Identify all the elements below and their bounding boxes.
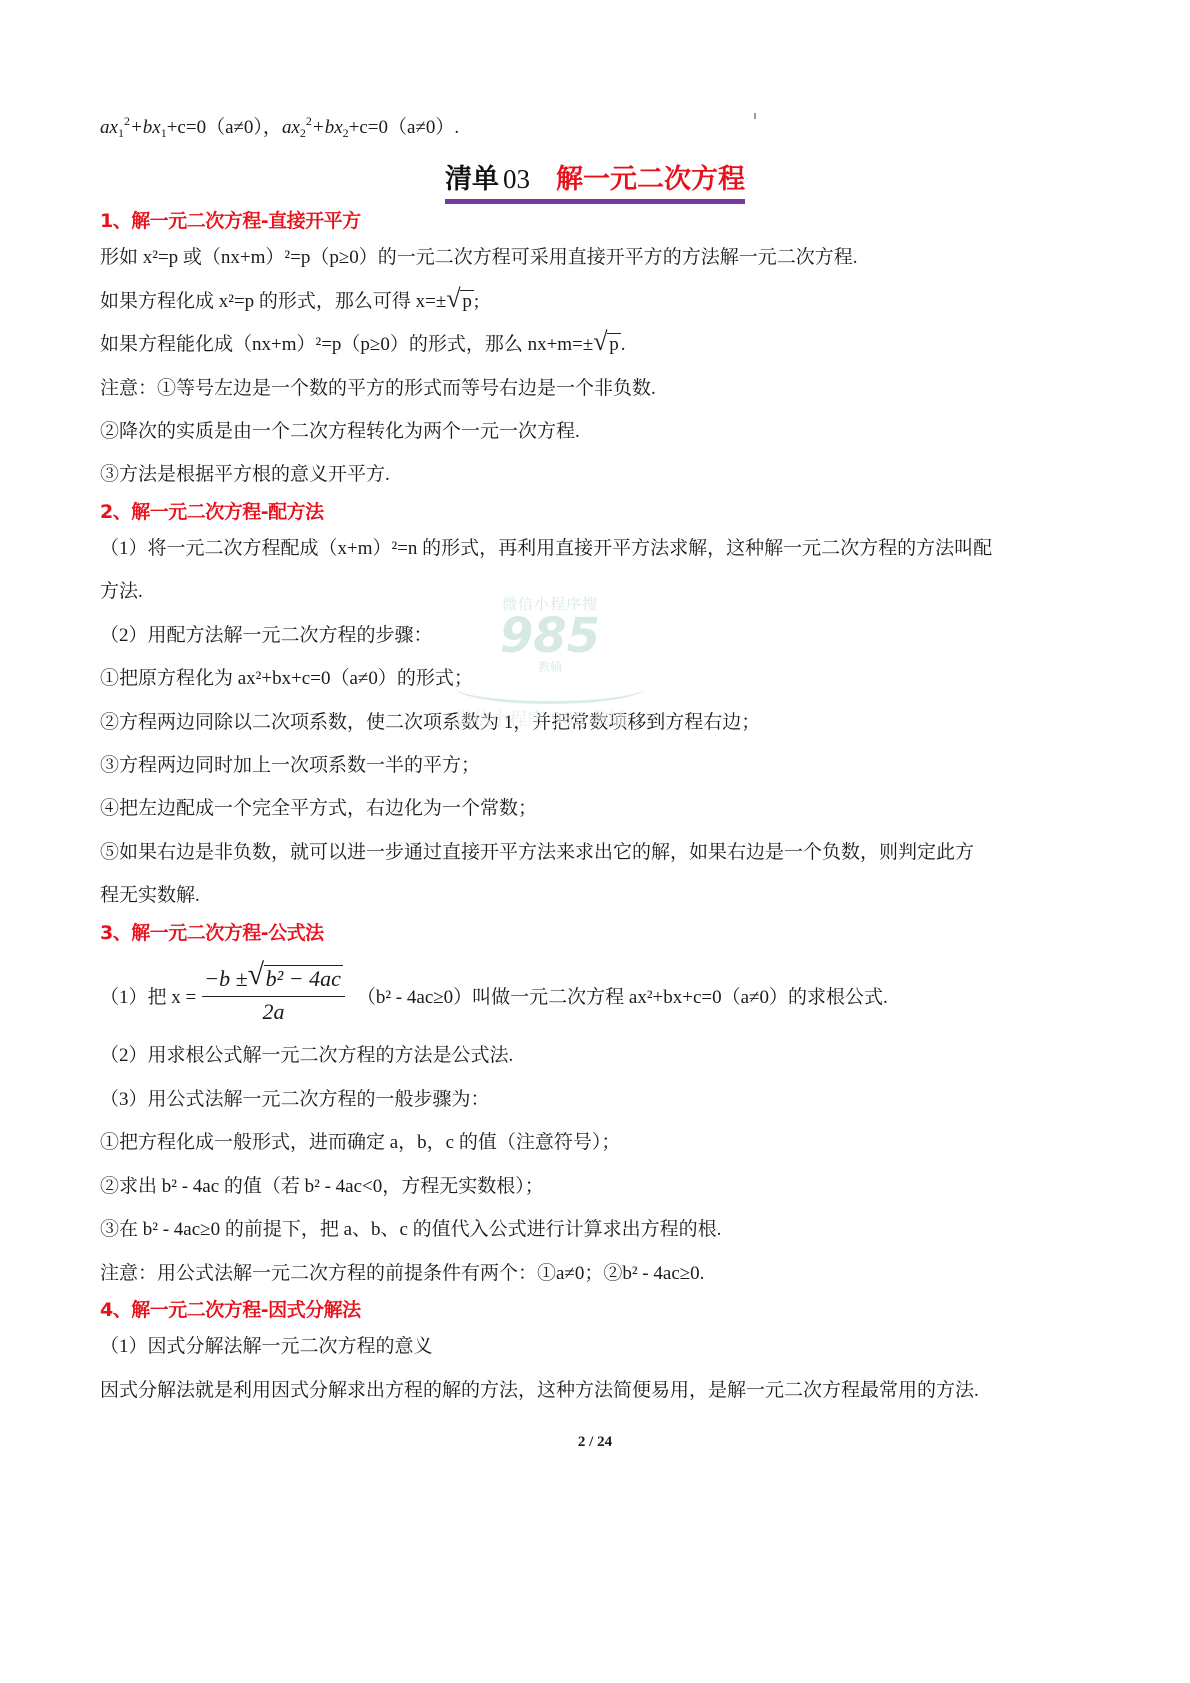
- eq2-text: ax: [282, 117, 300, 138]
- page-number: 2 / 24: [0, 1434, 1190, 1451]
- sqrt-p: √p: [593, 333, 621, 357]
- s4-paragraph-2: 因式分解法就是利用因式分解求出方程的解的方法，这种方法简便易用，是解一元二次方程…: [100, 1379, 979, 1403]
- radical-sign-icon: √: [248, 960, 264, 990]
- s1-p2-text: 如果方程化成 x²=p 的形式，那么可得 x=±: [100, 291, 446, 312]
- s1-note-2: ②降次的实质是由一个二次方程转化为两个一元一次方程.: [100, 420, 580, 444]
- open-book-icon: [455, 671, 645, 704]
- s3-paragraph-3: （3）用公式法解一元二次方程的一般步骤为：: [100, 1088, 490, 1112]
- title-underline: [445, 199, 745, 204]
- sqrt-arg: p: [460, 290, 474, 312]
- formula-denominator: 2a: [263, 997, 285, 1025]
- title-text: 解一元二次方程: [556, 164, 745, 195]
- s3-step-2: ②求出 b² - 4ac 的值（若 b² - 4ac<0，方程无实数根）；: [100, 1175, 544, 1199]
- radical-sign-icon: √: [593, 329, 607, 355]
- heading-factoring: 4、解一元二次方程-因式分解法: [100, 1298, 361, 1322]
- s2-step-4: ④把左边配成一个完全平方式，右边化为一个常数；: [100, 797, 537, 821]
- radical-sign-icon: √: [446, 286, 460, 312]
- s2-paragraph-1b: 方法.: [100, 580, 143, 604]
- discriminant-text: b² − 4ac: [264, 965, 343, 991]
- s1-paragraph-1: 形如 x²=p 或（nx+m）²=p（p≥0）的一元二次方程可采用直接开平方的方…: [100, 246, 858, 270]
- s2-paragraph-2: （2）用配方法解一元二次方程的步骤：: [100, 624, 433, 648]
- quadratic-formula-fraction: −b ± √b² − 4ac 2a: [202, 966, 345, 1025]
- eq1-tail: +c=0（a≠0），: [167, 117, 282, 138]
- sqrt-p: √p: [446, 290, 474, 314]
- eq1-mid: +bx: [130, 117, 161, 138]
- formula-numerator: −b ± √b² − 4ac: [202, 966, 345, 997]
- s2-paragraph-1a: （1）将一元二次方程配成（x+m）²=n 的形式，再利用直接开平方法求解，这种解…: [100, 537, 992, 561]
- watermark-number: 985: [445, 614, 655, 658]
- stray-mark: [754, 113, 756, 119]
- watermark: 微信小程序搜 985 教辅 微信小程序 985 教辅: [445, 593, 655, 723]
- s2-step-2: ②方程两边同除以二次项系数，使二次项系数为 1，并把常数项移到方程右边；: [100, 711, 760, 735]
- s3-note: 注意：用公式法解一元二次方程的前提条件有两个：①a≠0；②b² - 4ac≥0.: [100, 1262, 704, 1286]
- s1-p2-end: ;: [474, 291, 479, 312]
- section-title-wrap: 清单03解一元二次方程: [0, 162, 1190, 200]
- s3-paragraph-2: （2）用求根公式解一元二次方程的方法是公式法.: [100, 1044, 513, 1068]
- eq2-tail: +c=0（a≠0）.: [349, 117, 459, 138]
- s1-p3-text: 如果方程能化成（nx+m）²=p（p≥0）的形式，那么 nx+m=±: [100, 334, 593, 355]
- page-title: 清单03解一元二次方程: [445, 162, 745, 200]
- eq2-sub: 2: [300, 126, 306, 140]
- heading-quadratic-formula: 3、解一元二次方程-公式法: [100, 921, 324, 945]
- s1-p3-end: .: [621, 334, 626, 355]
- sqrt-arg: p: [607, 333, 621, 355]
- heading-direct-square-root: 1、解一元二次方程-直接开平方: [100, 209, 361, 233]
- heading-completing-square: 2、解一元二次方程-配方法: [100, 500, 324, 524]
- eq1-text: ax: [100, 117, 118, 138]
- formula-prefix: （1）把 x =: [100, 982, 196, 1009]
- s1-paragraph-3: 如果方程能化成（nx+m）²=p（p≥0）的形式，那么 nx+m=±√p.: [100, 333, 625, 357]
- s3-step-1: ①把方程化成一般形式，进而确定 a，b，c 的值（注意符号）；: [100, 1131, 620, 1155]
- watermark-bottom-text: 微信小程序 985 教辅: [455, 705, 627, 731]
- title-label: 清单: [445, 164, 499, 195]
- s2-step-3: ③方程两边同时加上一次项系数一半的平方；: [100, 754, 480, 778]
- s1-note-3: ③方法是根据平方根的意义开平方.: [100, 463, 390, 487]
- formula-suffix: （b² - 4ac≥0）叫做一元二次方程 ax²+bx+c=0（a≠0）的求根公…: [357, 982, 888, 1009]
- quadratic-formula-line: （1）把 x = −b ± √b² − 4ac 2a （b² - 4ac≥0）叫…: [100, 960, 888, 1030]
- eq2-mid: +bx: [312, 117, 343, 138]
- discriminant-sqrt: √b² − 4ac: [248, 966, 343, 992]
- s2-step-5a: ⑤如果右边是非负数，就可以进一步通过直接开平方法来求出它的解，如果右边是一个负数…: [100, 841, 974, 865]
- s4-paragraph-1: （1）因式分解法解一元二次方程的意义: [100, 1335, 433, 1359]
- continued-equations-line: ax12+bx1+c=0（a≠0），ax22+bx2+c=0（a≠0）.: [100, 116, 459, 140]
- s2-step-5b: 程无实数解.: [100, 884, 200, 908]
- numerator-minus-b: −b ±: [204, 966, 247, 992]
- eq1-sub: 1: [118, 126, 124, 140]
- s1-note-1: 注意：①等号左边是一个数的平方的形式而等号右边是一个非负数.: [100, 377, 656, 401]
- document-page: ax12+bx1+c=0（a≠0），ax22+bx2+c=0（a≠0）. 清单0…: [0, 0, 1190, 1683]
- title-number: 03: [503, 164, 530, 194]
- s2-step-1: ①把原方程化为 ax²+bx+c=0（a≠0）的形式；: [100, 667, 473, 691]
- s1-paragraph-2: 如果方程化成 x²=p 的形式，那么可得 x=±√p;: [100, 290, 479, 314]
- s3-step-3: ③在 b² - 4ac≥0 的前提下，把 a、b、c 的值代入公式进行计算求出方…: [100, 1218, 721, 1242]
